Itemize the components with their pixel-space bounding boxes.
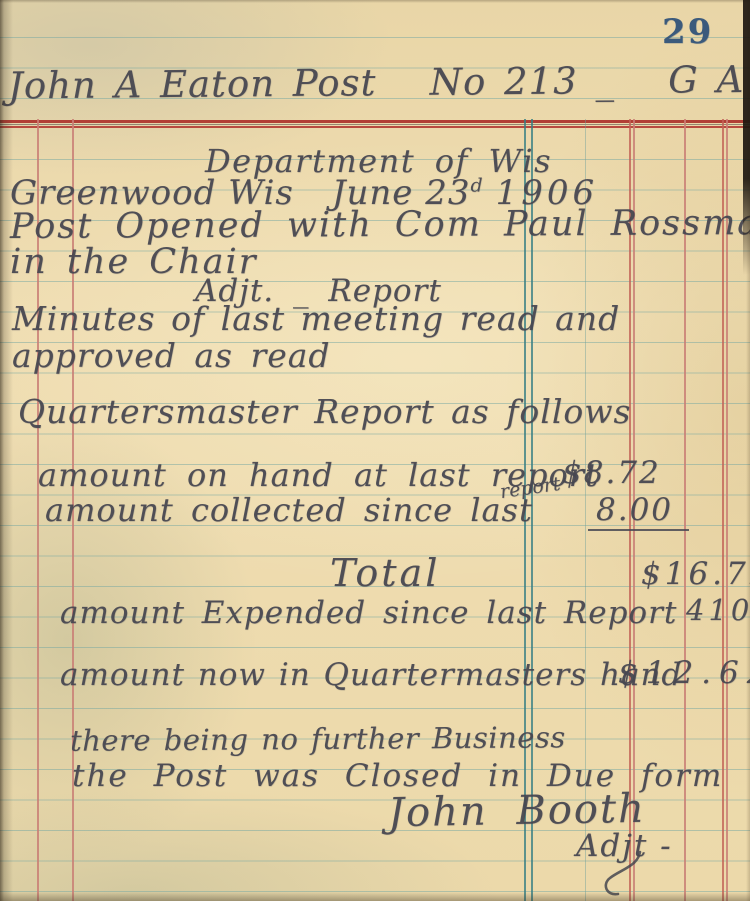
row-collected-insertion: report <box>499 475 562 503</box>
page-edge-right-shadow <box>746 0 750 901</box>
quartermaster-heading: Quartersmaster Report as follows <box>18 395 631 430</box>
row-in-hand-label: amount now in Quartermasters hand <box>60 659 682 692</box>
row-collected-amount: 8.00 <box>588 494 689 527</box>
opening-line-1: Post Opened with Com Paul Rossman <box>10 205 750 246</box>
row-in-hand-amount: $12.62 <box>618 657 750 690</box>
row-on-hand-amount: $8.72 <box>562 457 661 490</box>
page-edge-top-shadow <box>0 0 750 3</box>
header-red-rule-core <box>0 124 750 126</box>
row-expended-label: amount Expended since last Report <box>60 597 677 630</box>
closing-line-1: there being no further Business <box>70 722 566 756</box>
signature-flourish <box>598 850 646 901</box>
row-total-label: Total <box>330 554 440 594</box>
ledger-title: John A Eaton Post No 213 _ G A R <box>8 61 750 107</box>
dateline-ordinal: d <box>470 175 483 197</box>
minutes-line-2: approved as read <box>12 339 331 374</box>
row-collected-label: amount collected since last <box>45 494 533 528</box>
ledger-page: 29 John A Eaton Post No 213 _ G A R Depa… <box>0 0 750 901</box>
minutes-line-1: Minutes of last meeting read and <box>12 302 620 337</box>
row-expended-amount: 410 <box>686 595 750 625</box>
row-total-amount: $16.72 <box>641 558 750 591</box>
page-edge-left-shadow <box>0 0 14 901</box>
row-collected-amount-value: 8.00 <box>588 492 689 531</box>
header-red-rule <box>0 120 750 123</box>
header-red-rule-lower <box>0 126 750 128</box>
page-number: 29 <box>662 12 713 52</box>
